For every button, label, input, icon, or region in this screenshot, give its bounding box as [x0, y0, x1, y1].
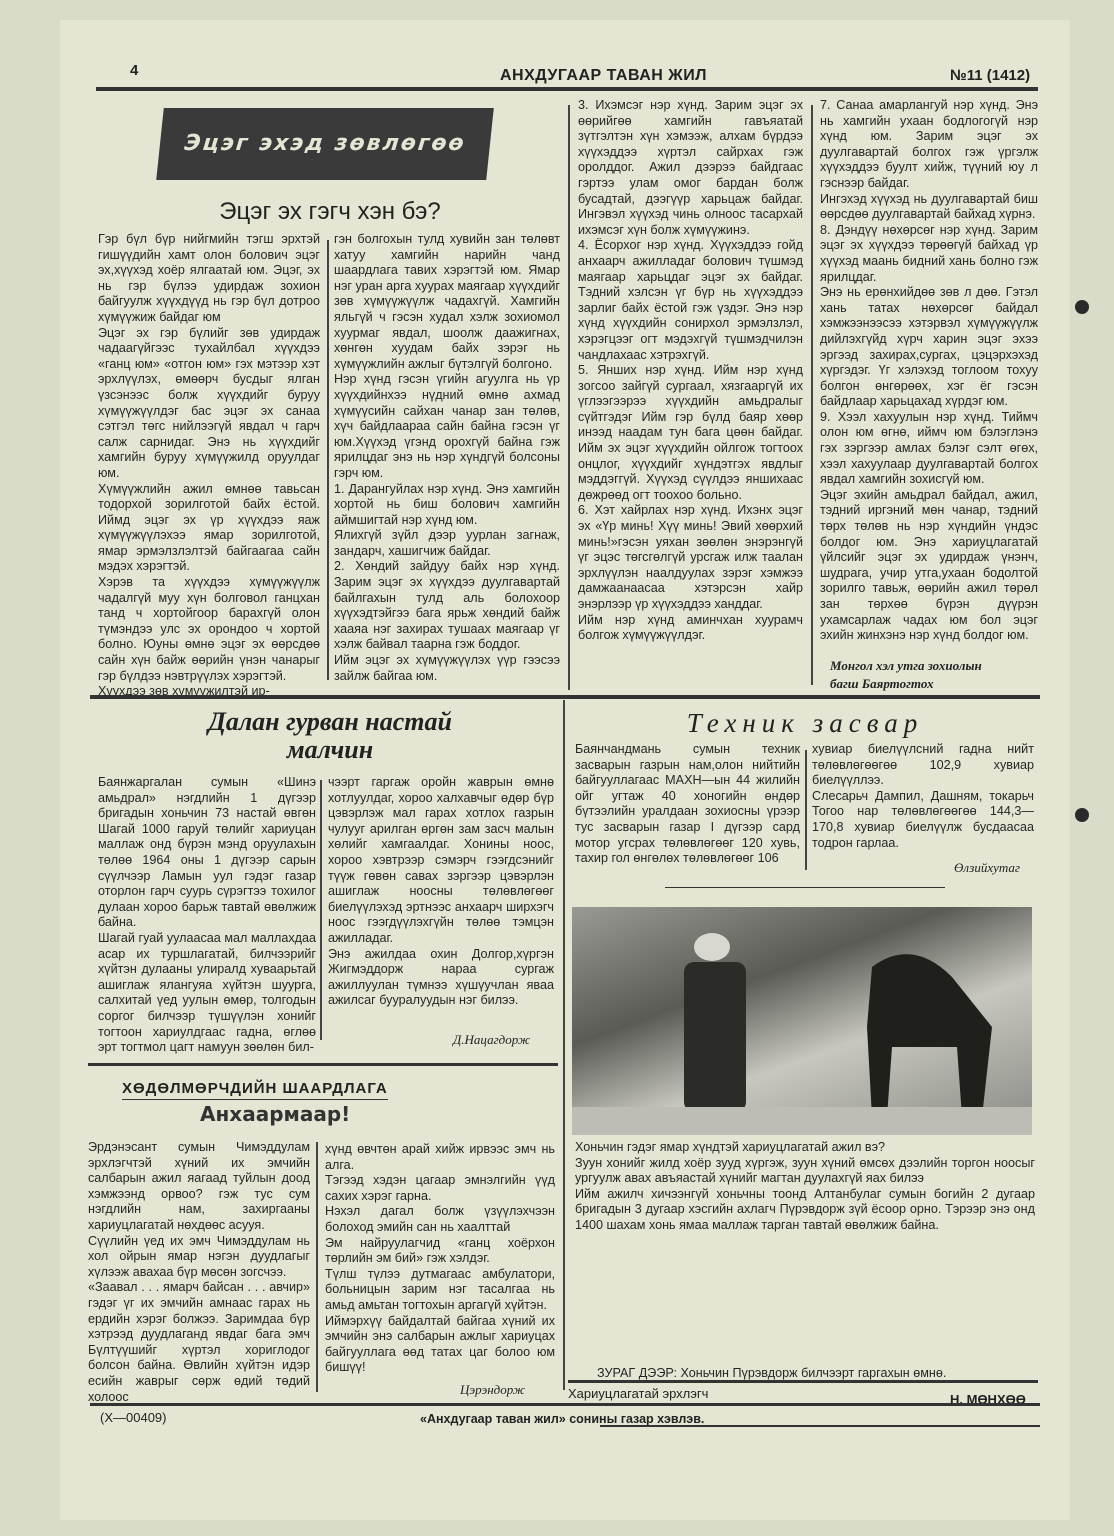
editor-label: Хариуцлагатай эрхлэгч — [568, 1386, 708, 1401]
author-line: багш Баяртогтох — [830, 676, 934, 692]
author-signature: Өлзийхутаг — [820, 860, 1020, 876]
photo-silhouette-icon — [572, 907, 1032, 1135]
photo-story-text: Хоньчин гэдэг ямар хүндтэй хариуцлагатай… — [575, 1140, 1035, 1234]
article-column: хувиар биелүүлсний гадна нийт төлөвлөгөө… — [812, 742, 1034, 851]
column-divider — [805, 750, 807, 870]
article-column: 7. Санаа амарлангуй нэр хүнд. Энэ нь хам… — [820, 98, 1038, 644]
section-rule — [88, 1063, 558, 1066]
article-column: чээрт гаргаж оройн жаврын өмнө хотлуулда… — [328, 775, 554, 1009]
column-divider — [320, 780, 322, 1040]
article-column: Баянжаргалан сумын «Шинэ амьдрал» нэгдли… — [98, 775, 316, 1056]
column-divider — [568, 105, 570, 690]
order-code: (X—00409) — [100, 1410, 166, 1425]
author-signature: Д.Нацагдорж — [330, 1032, 530, 1048]
masthead: АНХДУГААР ТАВАН ЖИЛ — [500, 67, 707, 85]
article-title: Далан гурван настай малчин — [100, 708, 560, 764]
footer-rule — [600, 1425, 1040, 1427]
title-line: Далан гурван настай — [100, 708, 560, 736]
issue-number: №11 (1412) — [950, 67, 1030, 84]
ornament-rule — [665, 887, 945, 888]
article-column: 3. Ихэмсэг нэр хүнд. Зарим эцэг эх өөрий… — [578, 98, 803, 644]
column-divider — [327, 240, 329, 680]
article-title: Анхаармаар! — [200, 1102, 350, 1126]
author-line: Монгол хэл утга зохиолын — [830, 658, 982, 674]
column-divider — [811, 105, 813, 685]
header-rule — [96, 87, 1038, 91]
footer-rule — [568, 1380, 1038, 1383]
rubric-logo: Эцэг эхэд зөвлөгөө — [156, 108, 494, 180]
rubric: ХӨДӨЛМӨРЧДИЙН ШААРДЛАГА — [122, 1080, 388, 1100]
column-divider — [316, 1142, 318, 1392]
page-number: 4 — [130, 62, 138, 79]
photo-shepherd-with-horse — [572, 907, 1032, 1135]
printer-line: «Анхдугаар таван жил» сонины газар хэвлэ… — [420, 1412, 704, 1426]
article-title: Техник засвар — [570, 708, 1040, 739]
article-column: Гэр бүл бүр нийгмийн тэгш эрхтэй гишүүди… — [98, 232, 320, 700]
article-column: хүнд өвчтөн арай хийж ирвээс эмч нь алга… — [325, 1142, 555, 1376]
article-column: Баянчандмань сумын техник засварын газры… — [575, 742, 800, 867]
article-title: Эцэг эх гэгч хэн бэ? — [100, 198, 560, 226]
author-signature: Цэрэндорж — [330, 1382, 525, 1398]
punch-hole — [1075, 300, 1089, 314]
article-column: Эрдэнэсант сумын Чимэддулам эрхлэгчтэй х… — [88, 1140, 310, 1405]
section-rule — [90, 695, 1040, 699]
punch-hole — [1075, 808, 1089, 822]
column-divider — [563, 700, 565, 1390]
footer-rule — [90, 1403, 1040, 1406]
article-column: гэн болгохын тулд хувийн зан төлөвт хату… — [334, 232, 560, 684]
title-line: малчин — [100, 736, 560, 764]
